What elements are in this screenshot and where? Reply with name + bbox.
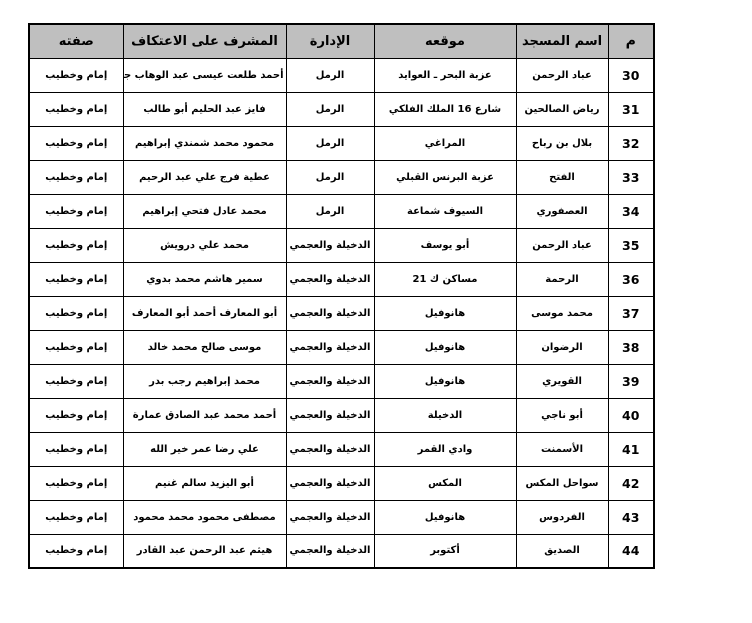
cell-num: 36: [608, 262, 654, 296]
table-row: 44الصديقأكتوبرالدخيلة والعجميهيثم عبد ال…: [29, 534, 654, 568]
cell-title: إمام وخطيب: [29, 398, 123, 432]
cell-supervisor: فايز عبد الحليم أبو طالب: [123, 92, 286, 126]
cell-title: إمام وخطيب: [29, 500, 123, 534]
cell-title: إمام وخطيب: [29, 58, 123, 92]
cell-location: الدخيلة: [374, 398, 516, 432]
cell-mosque: سواحل المكس: [516, 466, 608, 500]
cell-mosque: عباد الرحمن: [516, 58, 608, 92]
cell-admin: الرمل: [286, 126, 374, 160]
header-mosque-name: اسم المسجد: [516, 24, 608, 58]
table-row: 42سواحل المكسالمكسالدخيلة والعجميأبو الي…: [29, 466, 654, 500]
table-row: 38الرضوانهانوفيلالدخيلة والعجميموسى صالح…: [29, 330, 654, 364]
cell-location: عزبة البرنس القبلي: [374, 160, 516, 194]
mosques-table: م اسم المسجد موقعه الإدارة المشرف على ال…: [28, 23, 655, 569]
cell-title: إمام وخطيب: [29, 432, 123, 466]
cell-supervisor: علي رضا عمر خير الله: [123, 432, 286, 466]
cell-mosque: رياض الصالحين: [516, 92, 608, 126]
cell-admin: الدخيلة والعجمي: [286, 466, 374, 500]
cell-admin: الدخيلة والعجمي: [286, 330, 374, 364]
table-body: 30عباد الرحمنعزبة البحر ـ العوايدالرملأح…: [29, 58, 654, 568]
table-row: 31رياض الصالحينشارع 16 الملك الفلكيالرمل…: [29, 92, 654, 126]
cell-admin: الدخيلة والعجمي: [286, 534, 374, 568]
cell-location: عزبة البحر ـ العوايد: [374, 58, 516, 92]
cell-mosque: محمد موسى: [516, 296, 608, 330]
cell-num: 32: [608, 126, 654, 160]
cell-location: أبو يوسف: [374, 228, 516, 262]
cell-supervisor: مصطفى محمود محمد محمود: [123, 500, 286, 534]
cell-title: إمام وخطيب: [29, 330, 123, 364]
cell-mosque: الصديق: [516, 534, 608, 568]
header-title: صفته: [29, 24, 123, 58]
cell-location: المراغي: [374, 126, 516, 160]
cell-title: إمام وخطيب: [29, 466, 123, 500]
cell-num: 30: [608, 58, 654, 92]
cell-admin: الدخيلة والعجمي: [286, 500, 374, 534]
cell-mosque: الفردوس: [516, 500, 608, 534]
cell-num: 33: [608, 160, 654, 194]
cell-supervisor: أحمد طلعت عيسى عبد الوهاب جعفر: [123, 58, 286, 92]
cell-location: هانوفيل: [374, 364, 516, 398]
table-row: 39القويريهانوفيلالدخيلة والعجميمحمد إبرا…: [29, 364, 654, 398]
cell-title: إمام وخطيب: [29, 296, 123, 330]
cell-mosque: بلال بن رباح: [516, 126, 608, 160]
cell-title: إمام وخطيب: [29, 228, 123, 262]
cell-location: وادي القمر: [374, 432, 516, 466]
header-administration: الإدارة: [286, 24, 374, 58]
cell-admin: الرمل: [286, 194, 374, 228]
table-row: 30عباد الرحمنعزبة البحر ـ العوايدالرملأح…: [29, 58, 654, 92]
cell-supervisor: أبو المعارف أحمد أبو المعارف: [123, 296, 286, 330]
document-page: م اسم المسجد موقعه الإدارة المشرف على ال…: [28, 23, 655, 569]
table-row: 37محمد موسىهانوفيلالدخيلة والعجميأبو الم…: [29, 296, 654, 330]
cell-admin: الرمل: [286, 58, 374, 92]
cell-location: هانوفيل: [374, 296, 516, 330]
cell-num: 38: [608, 330, 654, 364]
header-location: موقعه: [374, 24, 516, 58]
cell-mosque: أبو ناجي: [516, 398, 608, 432]
cell-num: 31: [608, 92, 654, 126]
cell-location: مساكن ك 21: [374, 262, 516, 296]
cell-admin: الدخيلة والعجمي: [286, 228, 374, 262]
cell-mosque: الأسمنت: [516, 432, 608, 466]
cell-supervisor: موسى صالح محمد خالد: [123, 330, 286, 364]
table-row: 33الفتحعزبة البرنس القبليالرملعطية فرج ع…: [29, 160, 654, 194]
cell-num: 41: [608, 432, 654, 466]
cell-title: إمام وخطيب: [29, 262, 123, 296]
cell-num: 34: [608, 194, 654, 228]
cell-num: 42: [608, 466, 654, 500]
cell-admin: الدخيلة والعجمي: [286, 432, 374, 466]
cell-location: السيوف شماعة: [374, 194, 516, 228]
header-row: م اسم المسجد موقعه الإدارة المشرف على ال…: [29, 24, 654, 58]
cell-admin: الدخيلة والعجمي: [286, 364, 374, 398]
cell-num: 37: [608, 296, 654, 330]
cell-mosque: الرضوان: [516, 330, 608, 364]
header-number: م: [608, 24, 654, 58]
cell-mosque: الفتح: [516, 160, 608, 194]
cell-supervisor: هيثم عبد الرحمن عبد القادر: [123, 534, 286, 568]
cell-admin: الدخيلة والعجمي: [286, 398, 374, 432]
cell-num: 40: [608, 398, 654, 432]
cell-supervisor: أبو اليزيد سالم غنيم: [123, 466, 286, 500]
cell-mosque: القويري: [516, 364, 608, 398]
table-row: 40أبو ناجيالدخيلةالدخيلة والعجميأحمد محم…: [29, 398, 654, 432]
cell-num: 44: [608, 534, 654, 568]
table-row: 36الرحمةمساكن ك 21الدخيلة والعجميسمير ها…: [29, 262, 654, 296]
cell-location: هانوفيل: [374, 500, 516, 534]
cell-title: إمام وخطيب: [29, 126, 123, 160]
cell-title: إمام وخطيب: [29, 534, 123, 568]
cell-num: 39: [608, 364, 654, 398]
cell-admin: الرمل: [286, 92, 374, 126]
table-row: 43الفردوسهانوفيلالدخيلة والعجميمصطفى محم…: [29, 500, 654, 534]
cell-mosque: الرحمة: [516, 262, 608, 296]
cell-mosque: عباد الرحمن: [516, 228, 608, 262]
cell-supervisor: سمير هاشم محمد بدوي: [123, 262, 286, 296]
table-row: 34العصفوريالسيوف شماعةالرملمحمد عادل فتح…: [29, 194, 654, 228]
cell-title: إمام وخطيب: [29, 160, 123, 194]
table-row: 32بلال بن رباحالمراغيالرملمحمود محمد شمن…: [29, 126, 654, 160]
cell-supervisor: محمد علي درويش: [123, 228, 286, 262]
cell-location: هانوفيل: [374, 330, 516, 364]
cell-mosque: العصفوري: [516, 194, 608, 228]
cell-location: شارع 16 الملك الفلكي: [374, 92, 516, 126]
cell-supervisor: محمود محمد شمندي إبراهيم: [123, 126, 286, 160]
header-supervisor: المشرف على الاعتكاف: [123, 24, 286, 58]
cell-supervisor: أحمد محمد عبد الصادق عمارة: [123, 398, 286, 432]
cell-num: 43: [608, 500, 654, 534]
cell-location: المكس: [374, 466, 516, 500]
cell-admin: الدخيلة والعجمي: [286, 262, 374, 296]
cell-supervisor: محمد إبراهيم رجب بدر: [123, 364, 286, 398]
cell-title: إمام وخطيب: [29, 364, 123, 398]
cell-num: 35: [608, 228, 654, 262]
cell-title: إمام وخطيب: [29, 194, 123, 228]
cell-admin: الدخيلة والعجمي: [286, 296, 374, 330]
table-row: 41الأسمنتوادي القمرالدخيلة والعجميعلي رض…: [29, 432, 654, 466]
cell-location: أكتوبر: [374, 534, 516, 568]
cell-title: إمام وخطيب: [29, 92, 123, 126]
cell-admin: الرمل: [286, 160, 374, 194]
cell-supervisor: محمد عادل فتحي إبراهيم: [123, 194, 286, 228]
cell-supervisor: عطية فرج علي عبد الرحيم: [123, 160, 286, 194]
table-row: 35عباد الرحمنأبو يوسفالدخيلة والعجميمحمد…: [29, 228, 654, 262]
